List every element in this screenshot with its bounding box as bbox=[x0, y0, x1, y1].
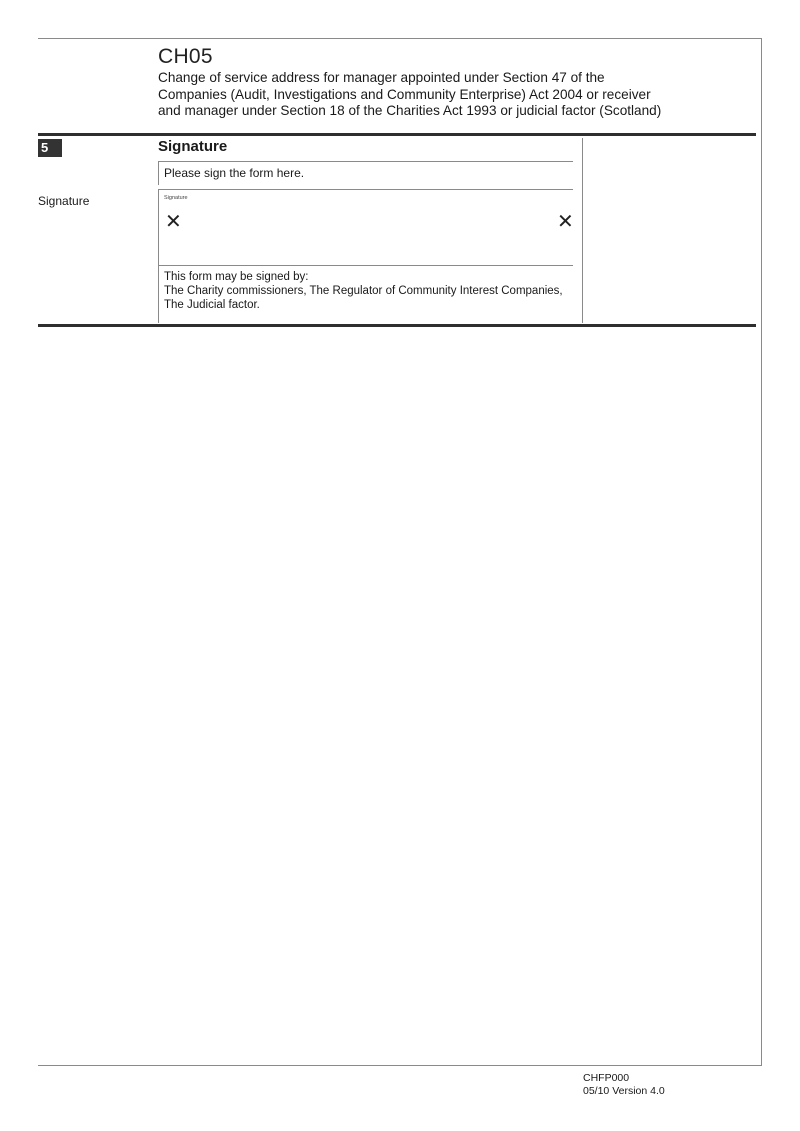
right-column-divider bbox=[582, 138, 583, 323]
top-border bbox=[38, 38, 762, 39]
footer-form-code: CHFP000 bbox=[583, 1072, 665, 1085]
section-top-rule bbox=[38, 133, 756, 136]
section-bottom-rule bbox=[38, 324, 756, 327]
form-description: Change of service address for manager ap… bbox=[158, 70, 718, 120]
instruction-left-rule bbox=[158, 161, 159, 185]
signature-box-label: Signature bbox=[164, 195, 188, 201]
section-number-badge: 5 bbox=[38, 139, 62, 157]
instruction-top-rule bbox=[158, 161, 573, 162]
signatory-note: This form may be signed by: The Charity … bbox=[164, 270, 563, 312]
right-border bbox=[761, 38, 762, 1066]
sign-here-left-x-icon: ✕ bbox=[165, 212, 182, 232]
signature-input-area[interactable]: Signature ✕ ✕ bbox=[159, 190, 573, 264]
note-top-rule bbox=[158, 265, 573, 266]
form-description-line: and manager under Section 18 of the Char… bbox=[158, 103, 718, 120]
section-title: Signature bbox=[158, 138, 227, 155]
signatory-note-line: This form may be signed by: bbox=[164, 270, 563, 284]
signatory-note-line: The Judicial factor. bbox=[164, 298, 563, 312]
form-description-line: Companies (Audit, Investigations and Com… bbox=[158, 87, 718, 104]
footer-info: CHFP000 05/10 Version 4.0 bbox=[583, 1072, 665, 1098]
form-description-line: Change of service address for manager ap… bbox=[158, 70, 718, 87]
footer-version: 05/10 Version 4.0 bbox=[583, 1085, 665, 1098]
signature-field-label: Signature bbox=[38, 194, 89, 208]
signatory-note-line: The Charity commissioners, The Regulator… bbox=[164, 284, 563, 298]
instruction-text: Please sign the form here. bbox=[164, 166, 304, 180]
footer-rule bbox=[38, 1065, 762, 1066]
form-code: CH05 bbox=[158, 45, 213, 69]
sign-here-right-x-icon: ✕ bbox=[557, 212, 574, 232]
